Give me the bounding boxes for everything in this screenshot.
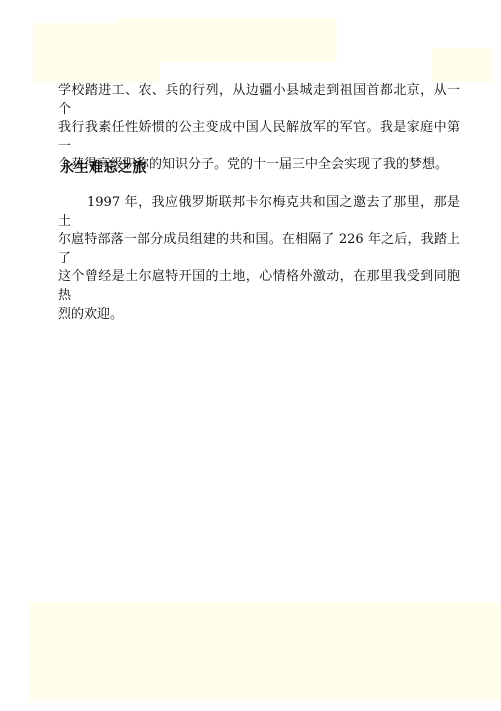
text-line: 我行我素任性娇惯的公主变成中国人民解放军的军官。我是家庭中第一 [58, 119, 460, 156]
document-page: 学校踏进工、农、兵的行列，从边疆小县城走到祖国首都北京，从一个 我行我素任性娇惯… [0, 0, 501, 711]
scan-tint-patch [432, 48, 493, 82]
text-line: 这个曾经是土尔扈特开国的土地，心情格外激动，在那里我受到同胞热 [58, 268, 460, 305]
text-line: 烈的欢迎。 [58, 306, 460, 325]
paragraph-trip-1997: 1997 年，我应俄罗斯联邦卡尔梅克共和国之邀去了那里，那是土 尔扈特部落一部分… [58, 194, 460, 324]
text-line: 尔扈特部落一部分成员组建的共和国。在相隔了 226 年之后，我踏上了 [58, 231, 460, 268]
scan-tint-patch [117, 18, 337, 62]
section-heading: 永生难忘之旅 [60, 159, 147, 178]
text-line: 学校踏进工、农、兵的行列，从边疆小县城走到祖国首都北京，从一个 [58, 82, 460, 119]
text-line: 1997 年，我应俄罗斯联邦卡尔梅克共和国之邀去了那里，那是土 [58, 194, 460, 231]
scan-tint-patch [30, 602, 501, 701]
